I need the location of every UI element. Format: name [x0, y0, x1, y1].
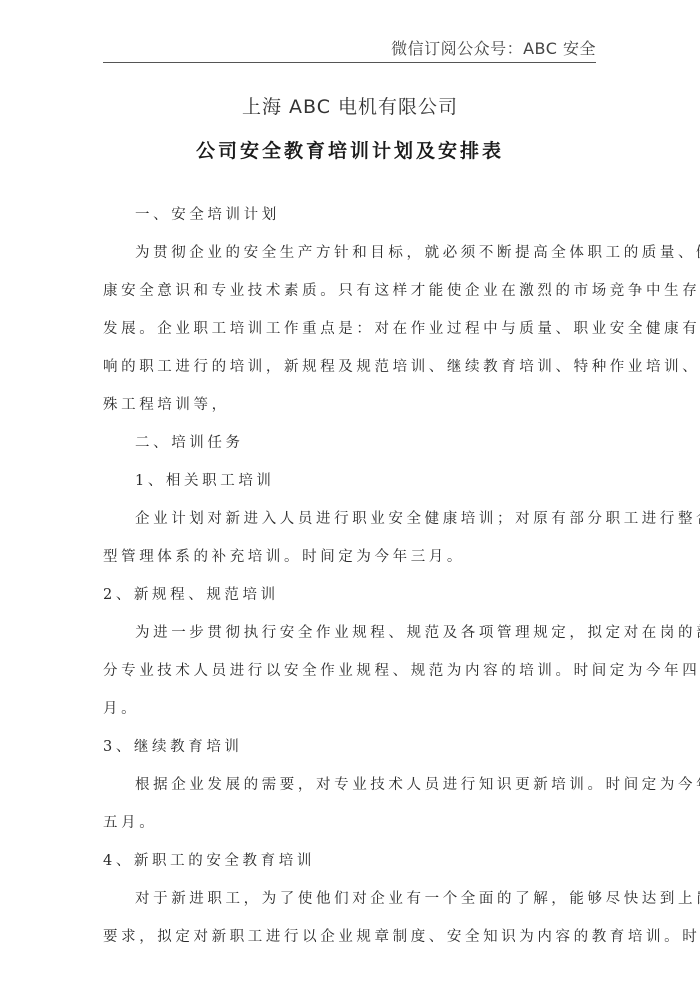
subheading-related-staff-training: 1、相关职工培训 [135, 466, 275, 496]
paragraph-line: 发展。企业职工培训工作重点是：对在作业过程中与质量、职业安全健康有影 [103, 314, 700, 344]
document-title: 公司安全教育培训计划及安排表 [0, 136, 700, 163]
wechat-subscription-label: 微信订阅公众号：ABC 安全 [391, 36, 596, 59]
paragraph-line: 为进一步贯彻执行安全作业规程、规范及各项管理规定，拟定对在岗的部 [135, 618, 700, 648]
page-header: 微信订阅公众号：ABC 安全 [103, 30, 596, 63]
paragraph-line: 要求，拟定对新职工进行以企业规章制度、安全知识为内容的教育培训。时间 [103, 922, 700, 952]
paragraph-line: 型管理体系的补充培训。时间定为今年三月。 [103, 542, 465, 572]
paragraph-line: 月。 [103, 694, 139, 724]
paragraph-line: 分专业技术人员进行以安全作业规程、规范为内容的培训。时间定为今年四 [103, 656, 700, 686]
paragraph-line: 殊工程培训等， [103, 390, 230, 420]
paragraph-line: 康安全意识和专业技术素质。只有这样才能使企业在激烈的市场竞争中生存， [103, 276, 700, 306]
section-heading-safety-plan: 一、安全培训计划 [135, 200, 280, 230]
subheading-new-staff-safety-education: 4、新职工的安全教育培训 [103, 846, 315, 876]
paragraph-line: 响的职工进行的培训，新规程及规范培训、继续教育培训、特种作业培训、特 [103, 352, 700, 382]
paragraph-line: 根据企业发展的需要，对专业技术人员进行知识更新培训。时间定为今年 [135, 770, 700, 800]
subheading-new-regulations-training: 2、新规程、规范培训 [103, 580, 279, 610]
paragraph-line: 企业计划对新进入人员进行职业安全健康培训；对原有部分职工进行整合 [135, 504, 700, 534]
paragraph-line: 对于新进职工，为了使他们对企业有一个全面的了解，能够尽快达到上岗 [135, 884, 700, 914]
section-heading-training-tasks: 二、培训任务 [135, 428, 244, 458]
subheading-continuing-education: 3、继续教育培训 [103, 732, 243, 762]
company-name: 上海 ABC 电机有限公司 [0, 92, 700, 119]
paragraph-line: 为贯彻企业的安全生产方针和目标，就必须不断提高全体职工的质量、健 [135, 238, 700, 268]
paragraph-line: 五月。 [103, 808, 157, 838]
